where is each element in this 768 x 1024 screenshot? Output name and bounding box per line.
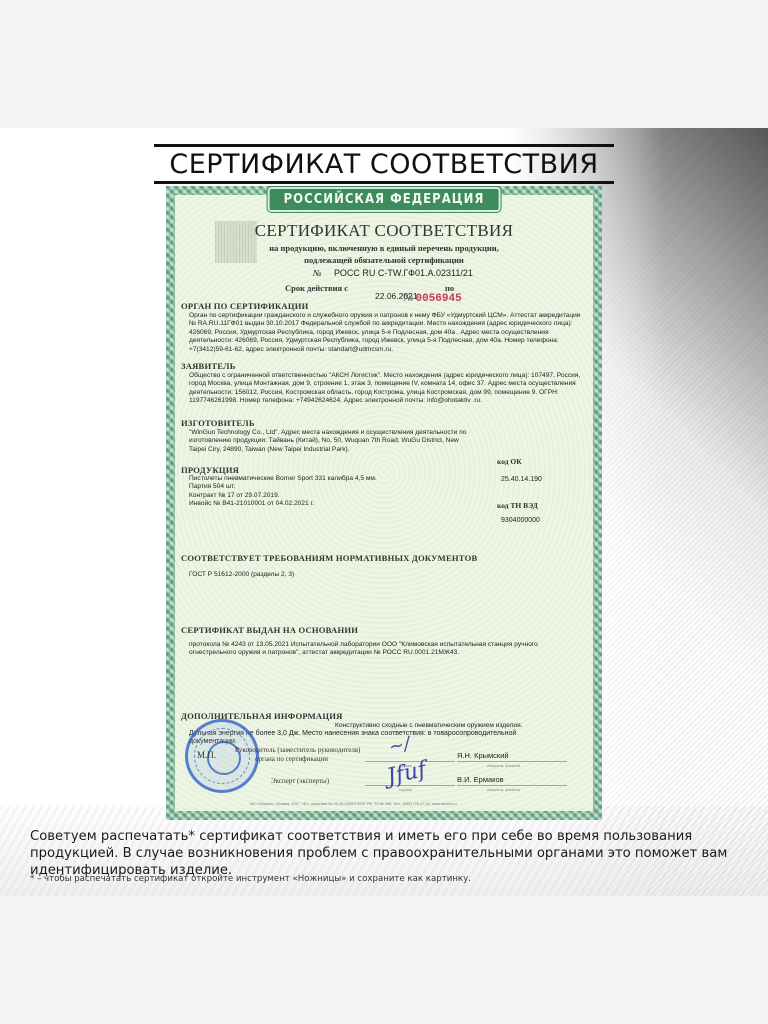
certificate-body: РОССИЙСКАЯ ФЕДЕРАЦИЯ СЕРТИФИКАТ СООТВЕТС…: [175, 195, 593, 811]
manufacturer-text: "WinGun Technology Co., Ltd". Адрес мест…: [189, 429, 474, 454]
head-label-line-1: Руководитель (заместитель руководителя): [235, 746, 360, 754]
subtitle-line-2: подлежащей обязательной сертификации: [175, 254, 593, 266]
country-badge: РОССИЙСКАЯ ФЕДЕРАЦИЯ: [268, 187, 501, 212]
certificate-number-row: № РОСС RU C-TW.ГФ01.А.02311/21: [313, 268, 473, 278]
number-label: №: [313, 268, 322, 278]
section-heading-product: ПРОДУКЦИЯ: [181, 465, 239, 475]
tnved-code-label: код ТН ВЭД: [497, 501, 538, 510]
section-heading-basis: СЕРТИФИКАТ ВЫДАН НА ОСНОВАНИИ: [181, 625, 358, 635]
ok-code-label: код ОК: [497, 457, 522, 466]
product-line: Партия 504 шт.: [189, 483, 469, 491]
subtitle-line-1: на продукцию, включенную в единый перече…: [175, 242, 593, 254]
cert-body-text: Орган по сертификации гражданского и слу…: [189, 312, 584, 354]
stamp-label: М.П.: [197, 750, 216, 760]
certificate-number: РОСС RU C-TW.ГФ01.А.02311/21: [334, 268, 473, 278]
serial-label: №: [403, 292, 414, 304]
expert-signature-caption: подпись: [399, 788, 412, 792]
expert-name: В.И. Ермаков: [457, 775, 504, 784]
print-advice-text: Советуем распечатать* сертификат соответ…: [30, 828, 750, 879]
conformity-text: ГОСТ Р 51612-2000 (разделы 2, 3): [189, 571, 584, 579]
expert-name-caption: инициалы, фамилия: [487, 788, 520, 792]
certificate-title: СЕРТИФИКАТ СООТВЕТСТВИЯ: [175, 221, 593, 241]
page-headline: СЕРТИФИКАТ СООТВЕТСТВИЯ: [154, 144, 614, 184]
basis-text: протокола № 4243 от 13.05.2021 Испытател…: [189, 641, 549, 658]
head-name: Я.Н. Крымский: [457, 751, 509, 760]
tnved-code-value: 9304000000: [501, 517, 540, 524]
product-line: Пистолеты пневматические Borner Sport 33…: [189, 475, 469, 483]
certificate-banner: СЕРТИФИКАТ СООТВЕТСТВИЯ РОССИЙСКАЯ ФЕДЕР…: [0, 128, 768, 896]
section-heading-conformity: СООТВЕТСТВУЕТ ТРЕБОВАНИЯМ НОРМАТИВНЫХ ДО…: [181, 553, 477, 563]
section-heading-applicant: ЗАЯВИТЕЛЬ: [181, 361, 236, 371]
section-heading-cert-body: ОРГАН ПО СЕРТИФИКАЦИИ: [181, 301, 309, 311]
print-advice-footnote: * – чтобы распечатать сертификат откройт…: [30, 874, 471, 884]
head-signature-icon: ~/: [387, 733, 412, 758]
serial-number: №0056945: [403, 292, 462, 305]
applicant-text: Общество с ограниченной ответственностью…: [189, 372, 584, 406]
head-name-line: [457, 761, 567, 762]
expert-name-line: [457, 785, 567, 786]
expert-label: Эксперт (эксперты): [271, 777, 329, 785]
ok-code-value: 25.40.14.190: [501, 476, 542, 483]
printer-imprint: АО «Опцион», Москва, 2017, «Б», лицензия…: [250, 802, 457, 806]
certificate-subtitle: на продукцию, включенную в единый перече…: [175, 242, 593, 266]
section-heading-manufacturer: ИЗГОТОВИТЕЛЬ: [181, 418, 255, 428]
validity-from-label: Срок действия с: [285, 283, 348, 293]
head-label-line-2: органа по сертификации: [255, 755, 328, 763]
head-name-caption: инициалы, фамилия: [487, 764, 520, 768]
certificate-document: РОССИЙСКАЯ ФЕДЕРАЦИЯ СЕРТИФИКАТ СООТВЕТС…: [166, 186, 602, 820]
serial-value: 0056945: [416, 293, 462, 305]
product-line: Инвойс № B41-21010001 от 04.02.2021 г.: [189, 500, 469, 508]
product-lines: Пистолеты пневматические Borner Sport 33…: [189, 475, 469, 509]
product-line: Контракт № 17 от 29.07.2019.: [189, 492, 469, 500]
section-heading-additional: ДОПОЛНИТЕЛЬНАЯ ИНФОРМАЦИЯ: [181, 711, 343, 721]
